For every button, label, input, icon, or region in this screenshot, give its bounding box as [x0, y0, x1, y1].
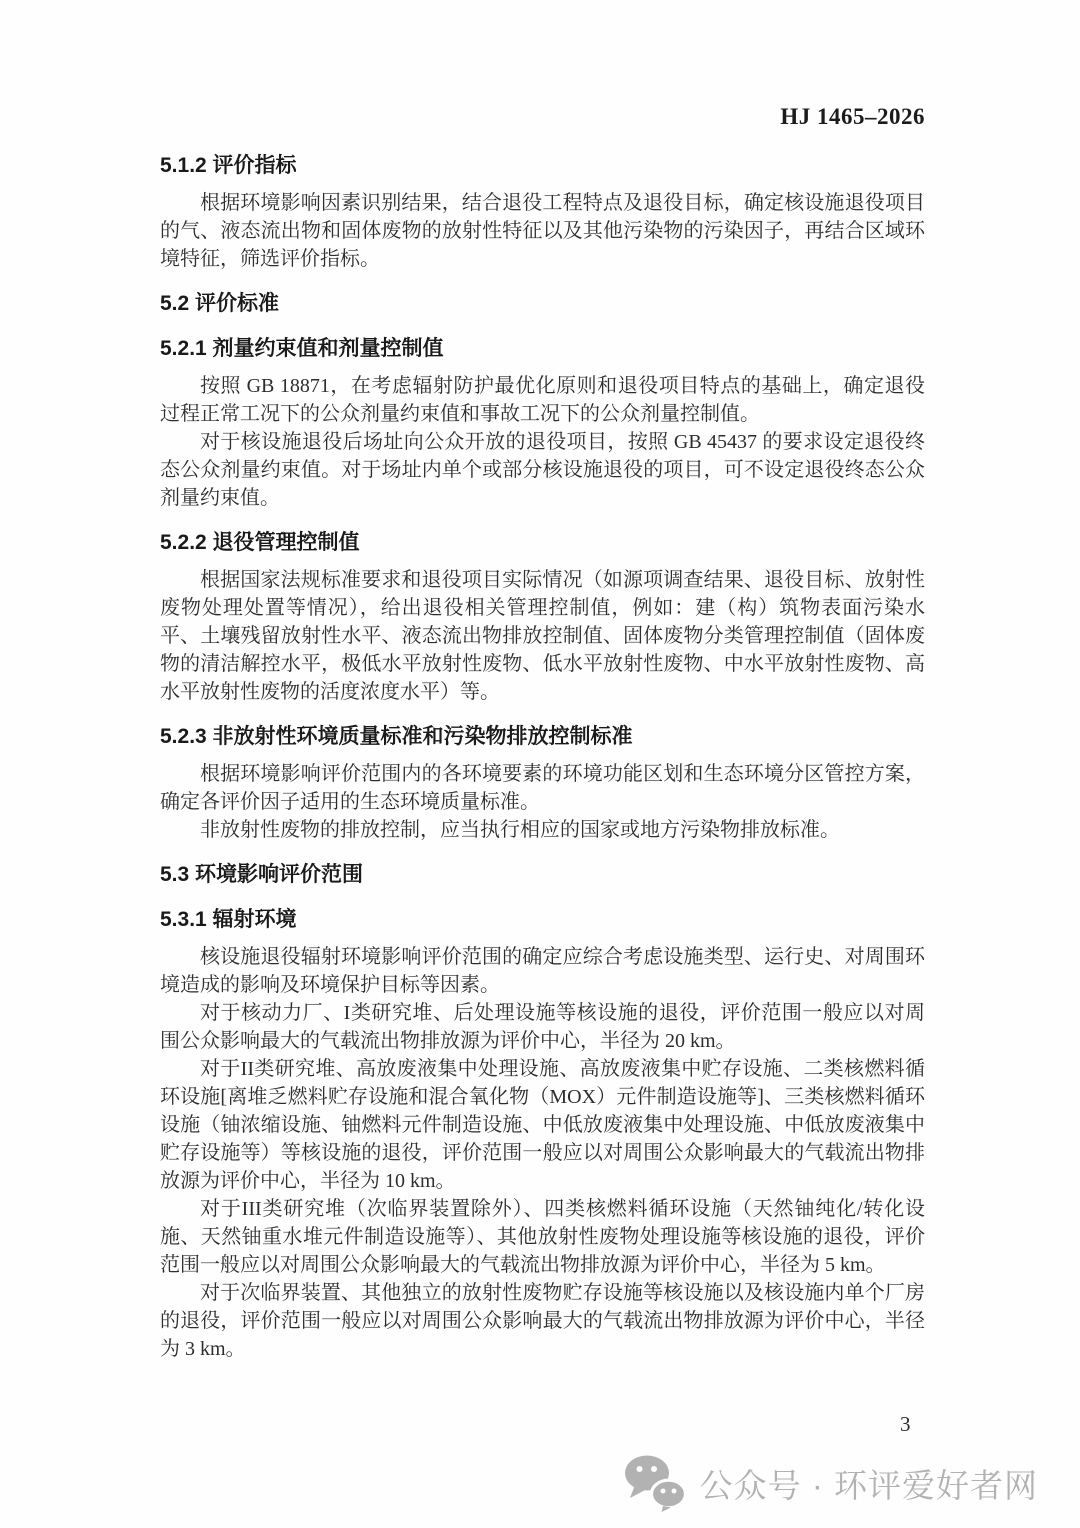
- paragraph: 对于核动力厂、I类研究堆、后处理设施等核设施的退役，评价范围一般应以对周围公众影…: [160, 999, 925, 1055]
- paragraph: 根据国家法规标准要求和退役项目实际情况（如源项调查结果、退役目标、放射性废物处理…: [160, 566, 925, 706]
- section-heading-5-3: 5.3 环境影响评价范围: [160, 861, 925, 889]
- paragraph: 按照 GB 18871，在考虑辐射防护最优化原则和退役项目特点的基础上，确定退役…: [160, 372, 925, 428]
- paragraph: 根据环境影响因素识别结果，结合退役工程特点及退役目标，确定核设施退役项目的气、液…: [160, 189, 925, 273]
- page-number: 3: [900, 1412, 911, 1437]
- section-heading-5-2: 5.2 评价标准: [160, 290, 925, 318]
- paragraph: 非放射性废物的排放控制，应当执行相应的国家或地方污染物排放标准。: [160, 816, 925, 844]
- paragraph: 根据环境影响评价范围内的各环境要素的环境功能区划和生态环境分区管控方案，确定各评…: [160, 760, 925, 816]
- watermark-text: 公众号 · 环评爱好者网: [700, 1460, 1038, 1507]
- paragraph: 核设施退役辐射环境影响评价范围的确定应综合考虑设施类型、运行史、对周围环境造成的…: [160, 943, 925, 999]
- paragraph: 对于II类研究堆、高放废液集中处理设施、高放废液集中贮存设施、二类核燃料循环设施…: [160, 1055, 925, 1195]
- wechat-icon: [622, 1454, 688, 1512]
- section-heading-5-2-1: 5.2.1 剂量约束值和剂量控制值: [160, 335, 925, 363]
- paragraph: 对于核设施退役后场址向公众开放的退役项目，按照 GB 45437 的要求设定退役…: [160, 428, 925, 512]
- section-heading-5-1-2: 5.1.2 评价指标: [160, 152, 925, 180]
- watermark: 公众号 · 环评爱好者网: [622, 1454, 1038, 1512]
- paragraph: 对于III类研究堆（次临界装置除外）、四类核燃料循环设施（天然铀纯化/转化设施、…: [160, 1195, 925, 1279]
- section-heading-5-3-1: 5.3.1 辐射环境: [160, 906, 925, 934]
- standard-number: HJ 1465–2026: [160, 104, 925, 130]
- document-page: HJ 1465–2026 5.1.2 评价指标 根据环境影响因素识别结果，结合退…: [0, 0, 1080, 1363]
- section-heading-5-2-3: 5.2.3 非放射性环境质量标准和污染物排放控制标准: [160, 723, 925, 751]
- paragraph: 对于次临界装置、其他独立的放射性废物贮存设施等核设施以及核设施内单个厂房的退役，…: [160, 1279, 925, 1363]
- section-heading-5-2-2: 5.2.2 退役管理控制值: [160, 529, 925, 557]
